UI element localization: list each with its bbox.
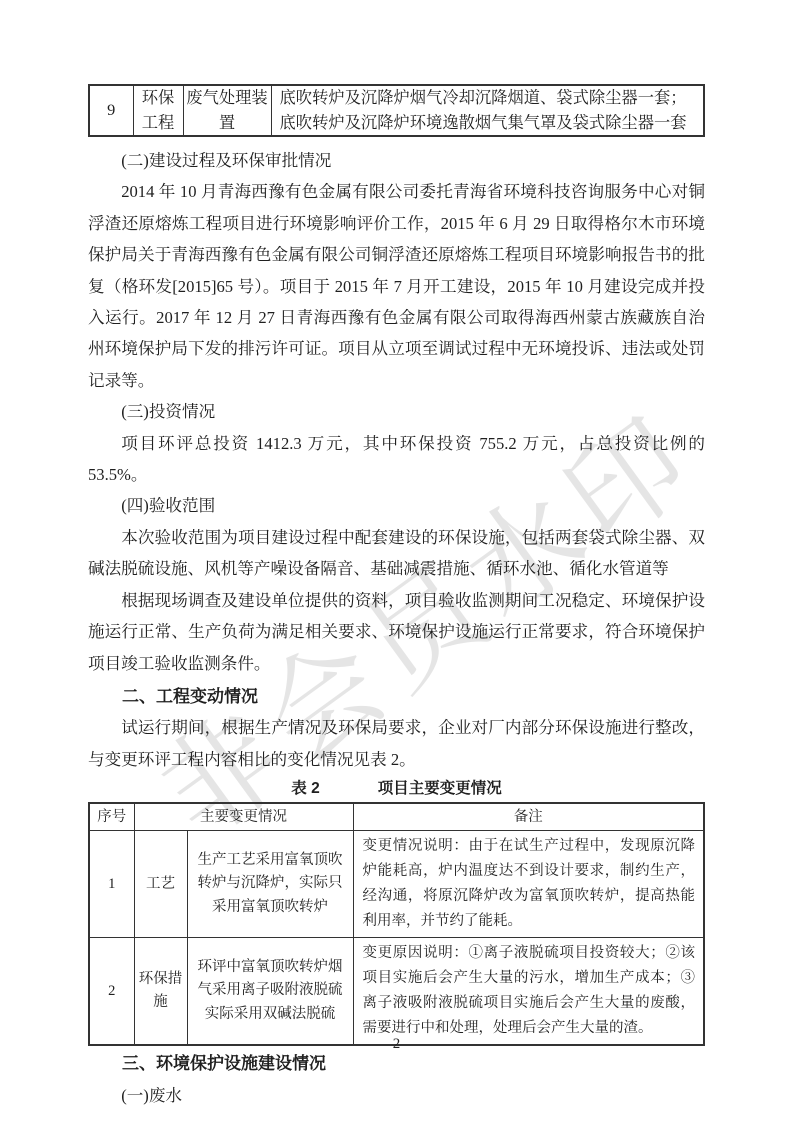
- change-row-description: 环评中富氧顶吹转炉烟气采用离子吸附液脱硫实际采用双碱法脱硫: [187, 938, 353, 1046]
- page-content: 9 环保工程 废气处理装置 底吹转炉及沉降炉烟气冷却沉降烟道、袋式除尘器一套； …: [88, 84, 705, 1111]
- change-table-caption: 表 2 项目主要变更情况: [88, 778, 705, 800]
- change-row-remark: 变更原因说明：①离子液脱硫项目投资较大；②该项目实施后会产生大量的污水，增加生产…: [353, 938, 704, 1046]
- change-table: 序号 主要变更情况 备注 1 工艺 生产工艺采用富氧顶吹转炉与沉降炉，实际只采用…: [88, 802, 705, 1046]
- change-table-header-no: 序号: [89, 803, 134, 831]
- heading-project-changes: 二、工程变动情况: [88, 681, 705, 712]
- equipment-desc-line-2: 底吹转炉及沉降炉环境逸散烟气集气罩及袋式除尘器一套: [280, 111, 696, 136]
- change-table-header-main: 主要变更情况: [134, 803, 353, 831]
- equipment-table-continued: 9 环保工程 废气处理装置 底吹转炉及沉降炉烟气冷却沉降烟道、袋式除尘器一套； …: [88, 84, 705, 137]
- change-row-number: 2: [89, 938, 134, 1046]
- change-row-category: 工艺: [134, 831, 187, 938]
- table-row: 9 环保工程 废气处理装置 底吹转炉及沉降炉烟气冷却沉降烟道、袋式除尘器一套； …: [89, 85, 704, 136]
- table-row: 1 工艺 生产工艺采用富氧顶吹转炉与沉降炉，实际只采用富氧顶吹转炉 变更情况说明…: [89, 831, 704, 938]
- document-page: 非会员水印 9 环保工程 废气处理装置 底吹转炉及沉降炉烟气冷却沉降烟道、袋式除…: [0, 0, 793, 1122]
- change-row-description: 生产工艺采用富氧顶吹转炉与沉降炉，实际只采用富氧顶吹转炉: [187, 831, 353, 938]
- equipment-row-item: 废气处理装置: [183, 85, 271, 136]
- change-row-number: 1: [89, 831, 134, 938]
- change-table-caption-title: 项目主要变更情况: [378, 778, 502, 800]
- equipment-desc-line-1: 底吹转炉及沉降炉烟气冷却沉降烟道、袋式除尘器一套；: [280, 86, 696, 111]
- subsection-wastewater: (一)废水: [88, 1080, 705, 1111]
- change-row-remark: 变更情况说明：由于在试生产过程中，发现原沉降炉能耗高，炉内温度达不到设计要求，制…: [353, 831, 704, 938]
- section-4-heading: (四)验收范围: [88, 490, 705, 521]
- table-row: 2 环保措施 环评中富氧顶吹转炉烟气采用离子吸附液脱硫实际采用双碱法脱硫 变更原…: [89, 938, 704, 1046]
- section-3-paragraph: 项目环评总投资 1412.3 万元，其中环保投资 755.2 万元，占总投资比例…: [88, 428, 705, 491]
- equipment-row-description: 底吹转炉及沉降炉烟气冷却沉降烟道、袋式除尘器一套； 底吹转炉及沉降炉环境逸散烟气…: [271, 85, 704, 136]
- section-4-paragraph-2: 根据现场调查及建设单位提供的资料，项目验收监测期间工况稳定、环境保护设施运行正常…: [88, 585, 705, 679]
- change-table-header-remark: 备注: [353, 803, 704, 831]
- change-row-category: 环保措施: [134, 938, 187, 1046]
- section-2-paragraph: 2014 年 10 月青海西豫有色金属有限公司委托青海省环境科技咨询服务中心对铜…: [88, 176, 705, 396]
- section-2-heading: (二)建设过程及环保审批情况: [88, 145, 705, 176]
- section-3-heading: (三)投资情况: [88, 396, 705, 427]
- project-changes-paragraph: 试运行期间，根据生产情况及环保局要求，企业对厂内部分环保设施进行整改，与变更环评…: [88, 712, 705, 775]
- change-table-header-row: 序号 主要变更情况 备注: [89, 803, 704, 831]
- equipment-row-number: 9: [89, 85, 133, 136]
- equipment-row-category: 环保工程: [133, 85, 183, 136]
- page-number: 2: [0, 1036, 793, 1053]
- section-4-paragraph-1: 本次验收范围为项目建设过程中配套建设的环保设施，包括两套袋式除尘器、双碱法脱硫设…: [88, 522, 705, 585]
- change-table-caption-number: 表 2: [291, 778, 319, 800]
